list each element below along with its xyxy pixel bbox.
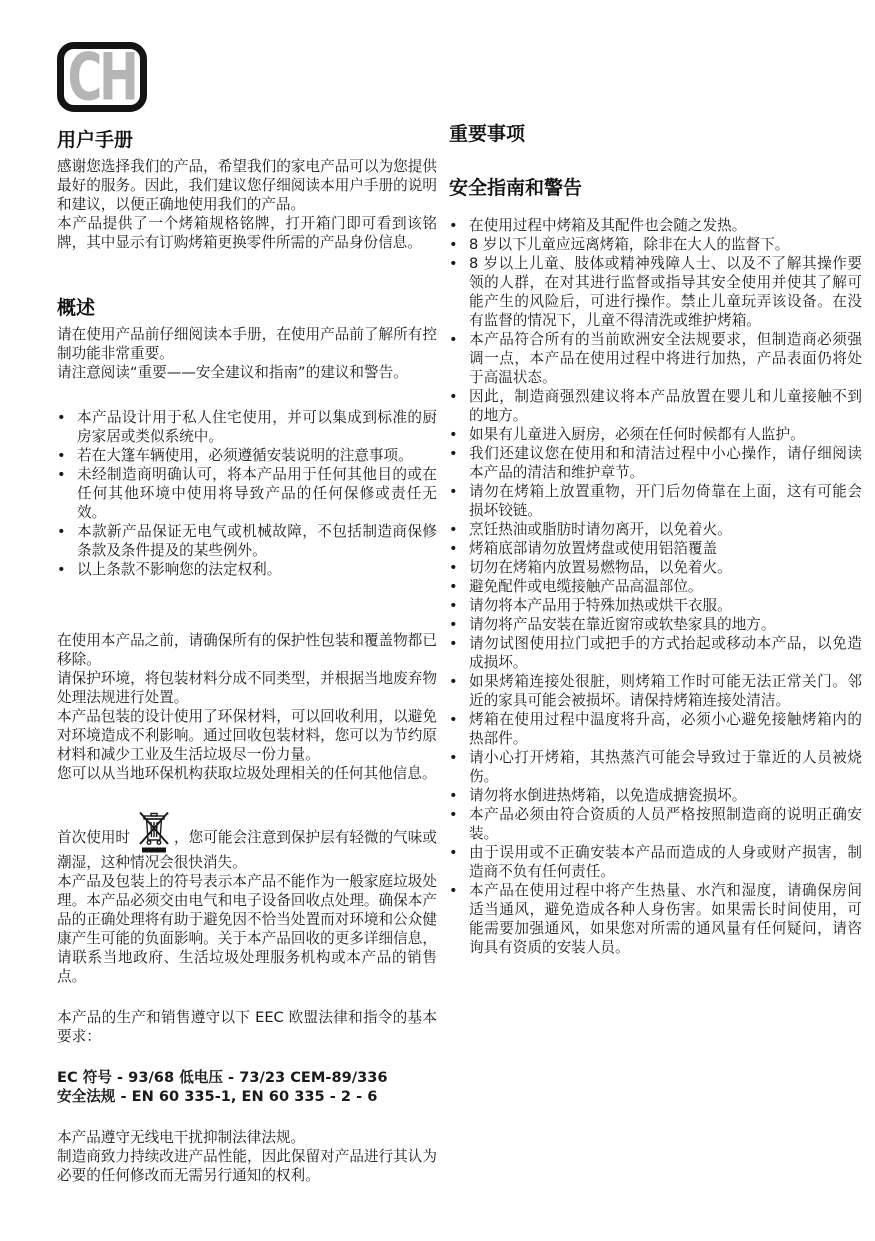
ec-directive-line-2: 安全法规 - EN 60 335-1, EN 60 335 - 2 - 6 — [57, 1087, 437, 1106]
bullet-marker: • — [449, 444, 469, 482]
list-item: •如果烤箱连接处很脏，则烤箱工作时可能无法正常关门。邻近的家具可能会被损坏。请保… — [449, 672, 862, 710]
list-item: •本产品设计用于私人住宅使用，并可以集成到标准的厨房家居或类似系统中。 — [57, 408, 437, 446]
list-item: •8 岁以下儿童应远离烤箱，除非在大人的监督下。 — [449, 235, 862, 254]
bullet-marker: • — [449, 558, 469, 577]
bullet-marker: • — [449, 520, 469, 539]
list-item: •未经制造商明确认可，将本产品用于任何其他目的或在任何其他环境中使用将导致产品的… — [57, 465, 437, 522]
list-item: •由于误用或不正确安装本产品而造成的人身或财产损害，制造商不负有任何责任。 — [449, 843, 862, 881]
list-item: •请勿试图使用拉门或把手的方式抬起或移动本产品，以免造成损坏。 — [449, 634, 862, 672]
manufacturer-rights-paragraph: 制造商致力持续改进产品性能，因此保留对产品进行其认为必要的任何修改而无需另行通知… — [57, 1147, 437, 1185]
list-item: •请勿在烤箱上放置重物，开门后勿倚靠在上面，这有可能会损坏铰链。 — [449, 482, 862, 520]
bullet-marker: • — [449, 577, 469, 596]
list-item: •切勿在烤箱内放置易燃物品，以免着火。 — [449, 558, 862, 577]
right-column: 重要事项 安全指南和警告 •在使用过程中烤箱及其配件也会随之发热。 •8 岁以下… — [449, 42, 862, 1241]
overview-paragraph-2: 请注意阅读“重要——安全建议和指南”的建议和警告。 — [57, 363, 437, 382]
bullet-marker: • — [449, 748, 469, 786]
list-item: •在使用过程中烤箱及其配件也会随之发热。 — [449, 216, 862, 235]
intro-paragraph-2: 本产品提供了一个烤箱规格铭牌，打开箱门即可看到该铭牌，其中显示有订购烤箱更换零件… — [57, 214, 437, 252]
list-item: •我们还建议您在使用和和清洁过程中小心操作，请仔细阅读本产品的清洁和维护章节。 — [449, 444, 862, 482]
bullet-marker: • — [449, 425, 469, 444]
ch-logo-text: CH — [68, 45, 136, 110]
list-item: •因此，制造商强烈建议将本产品放置在婴儿和儿童接触不到的地方。 — [449, 387, 862, 425]
user-manual-title: 用户手册 — [57, 128, 437, 152]
list-item: •本产品必须由符合资质的人员严格按照制造商的说明正确安装。 — [449, 805, 862, 843]
radio-interference-paragraph: 本产品遵守无线电干扰抑制法律法规。 — [57, 1128, 437, 1147]
safety-bullet-list: •在使用过程中烤箱及其配件也会随之发热。 •8 岁以下儿童应远离烤箱，除非在大人… — [449, 216, 862, 957]
list-item: •请勿将水倒进热烤箱，以免造成搪瓷损坏。 — [449, 786, 862, 805]
list-item: •8 岁以上儿童、肢体或精神残障人士、以及不了解其操作要领的人群，在对其进行监督… — [449, 254, 862, 330]
environment-paragraph-4: 您可以从当地环保机构获取垃圾处理相关的任何其他信息。 — [57, 764, 437, 783]
list-item: •本款新产品保证无电气或机械故障，不包括制造商保修条款及条件提及的某些例外。 — [57, 522, 437, 560]
bullet-marker: • — [449, 786, 469, 805]
bullet-marker: • — [57, 522, 77, 560]
safety-guidelines-heading: 安全指南和警告 — [449, 176, 862, 200]
bullet-marker: • — [449, 482, 469, 520]
list-item: •避免配件或电缆接触产品高温部位。 — [449, 577, 862, 596]
weee-crossed-bin-icon — [138, 811, 170, 853]
bullet-marker: • — [449, 672, 469, 710]
bullet-marker: • — [57, 560, 77, 579]
list-item: •烤箱底部请勿放置烤盘或使用铝箔覆盖 — [449, 539, 862, 558]
bullet-marker: • — [57, 408, 77, 446]
manual-page: CH 用户手册 感谢您选择我们的产品，希望我们的家电产品可以为您提供最好的服务。… — [0, 0, 875, 1241]
bullet-marker: • — [449, 881, 469, 957]
bullet-marker: • — [449, 330, 469, 387]
overview-bullet-list: •本产品设计用于私人住宅使用，并可以集成到标准的厨房家居或类似系统中。 •若在大… — [57, 408, 437, 579]
left-column: CH 用户手册 感谢您选择我们的产品，希望我们的家电产品可以为您提供最好的服务。… — [57, 42, 437, 1241]
bullet-marker: • — [449, 539, 469, 558]
weee-disposal-paragraph: 本产品及包装上的符号表示本产品不能作为一般家庭垃圾处理。本产品必须交由电气和电子… — [57, 872, 437, 986]
bullet-marker: • — [449, 805, 469, 843]
important-notes-heading: 重要事项 — [449, 122, 862, 146]
list-item: •本产品在使用过程中将产生热量、水汽和湿度，请确保房间适当通风，避免造成各种人身… — [449, 881, 862, 957]
bullet-marker: • — [449, 615, 469, 634]
list-item: •请勿将产品安装在靠近窗帘或软垫家具的地方。 — [449, 615, 862, 634]
bullet-marker: • — [449, 710, 469, 748]
environment-paragraph-2: 请保护环境，将包装材料分成不同类型，并根据当地废弃物处理法规进行处置。 — [57, 669, 437, 707]
bullet-marker: • — [57, 465, 77, 522]
bullet-marker: • — [449, 596, 469, 615]
list-item: •若在大篷车辆使用，必须遵循安装说明的注意事项。 — [57, 446, 437, 465]
ch-region-badge: CH — [57, 42, 147, 112]
bullet-marker: • — [449, 254, 469, 330]
list-item: •烤箱在使用过程中温度将升高，必须小心避免接触烤箱内的热部件。 — [449, 710, 862, 748]
list-item: •本产品符合所有的当前欧洲安全法规要求，但制造商必须强调一点，本产品在使用过程中… — [449, 330, 862, 387]
environment-paragraph-3: 本产品包装的设计使用了环保材料，可以回收利用，以避免对环境造成不利影响。通过回收… — [57, 707, 437, 764]
list-item: •以上条款不影响您的法定权利。 — [57, 560, 437, 579]
list-item: •请小心打开烤箱，其热蒸汽可能会导致过于靠近的人员被烧伤。 — [449, 748, 862, 786]
bullet-marker: • — [449, 843, 469, 881]
bullet-marker: • — [449, 387, 469, 425]
list-item: •如果有儿童进入厨房，必须在任何时候都有人监护。 — [449, 425, 862, 444]
bullet-marker: • — [57, 446, 77, 465]
list-item: •请勿将本产品用于特殊加热或烘干衣服。 — [449, 596, 862, 615]
intro-paragraph-1: 感谢您选择我们的产品，希望我们的家电产品可以为您提供最好的服务。因此，我们建议您… — [57, 157, 437, 214]
bullet-marker: • — [449, 235, 469, 254]
overview-paragraph-1: 请在使用产品前仔细阅读本手册，在使用产品前了解所有控制功能非常重要。 — [57, 325, 437, 363]
overview-heading: 概述 — [57, 296, 437, 320]
environment-paragraph-1: 在使用本产品之前，请确保所有的保护性包装和覆盖物都已移除。 — [57, 631, 437, 669]
eec-compliance-paragraph: 本产品的生产和销售遵守以下 EEC 欧盟法律和指令的基本要求： — [57, 1008, 437, 1046]
first-use-paragraph: 首次使用时 ，您可能会注意到保护层有轻微的气味或潮湿，这种情况会很快消失。 — [57, 811, 437, 872]
list-item: •烹饪热油或脂肪时请勿离开，以免着火。 — [449, 520, 862, 539]
ec-directive-line-1: EC 符号 - 93/68 低电压 - 73/23 CEM-89/336 — [57, 1068, 437, 1087]
bullet-marker: • — [449, 216, 469, 235]
bullet-marker: • — [449, 634, 469, 672]
